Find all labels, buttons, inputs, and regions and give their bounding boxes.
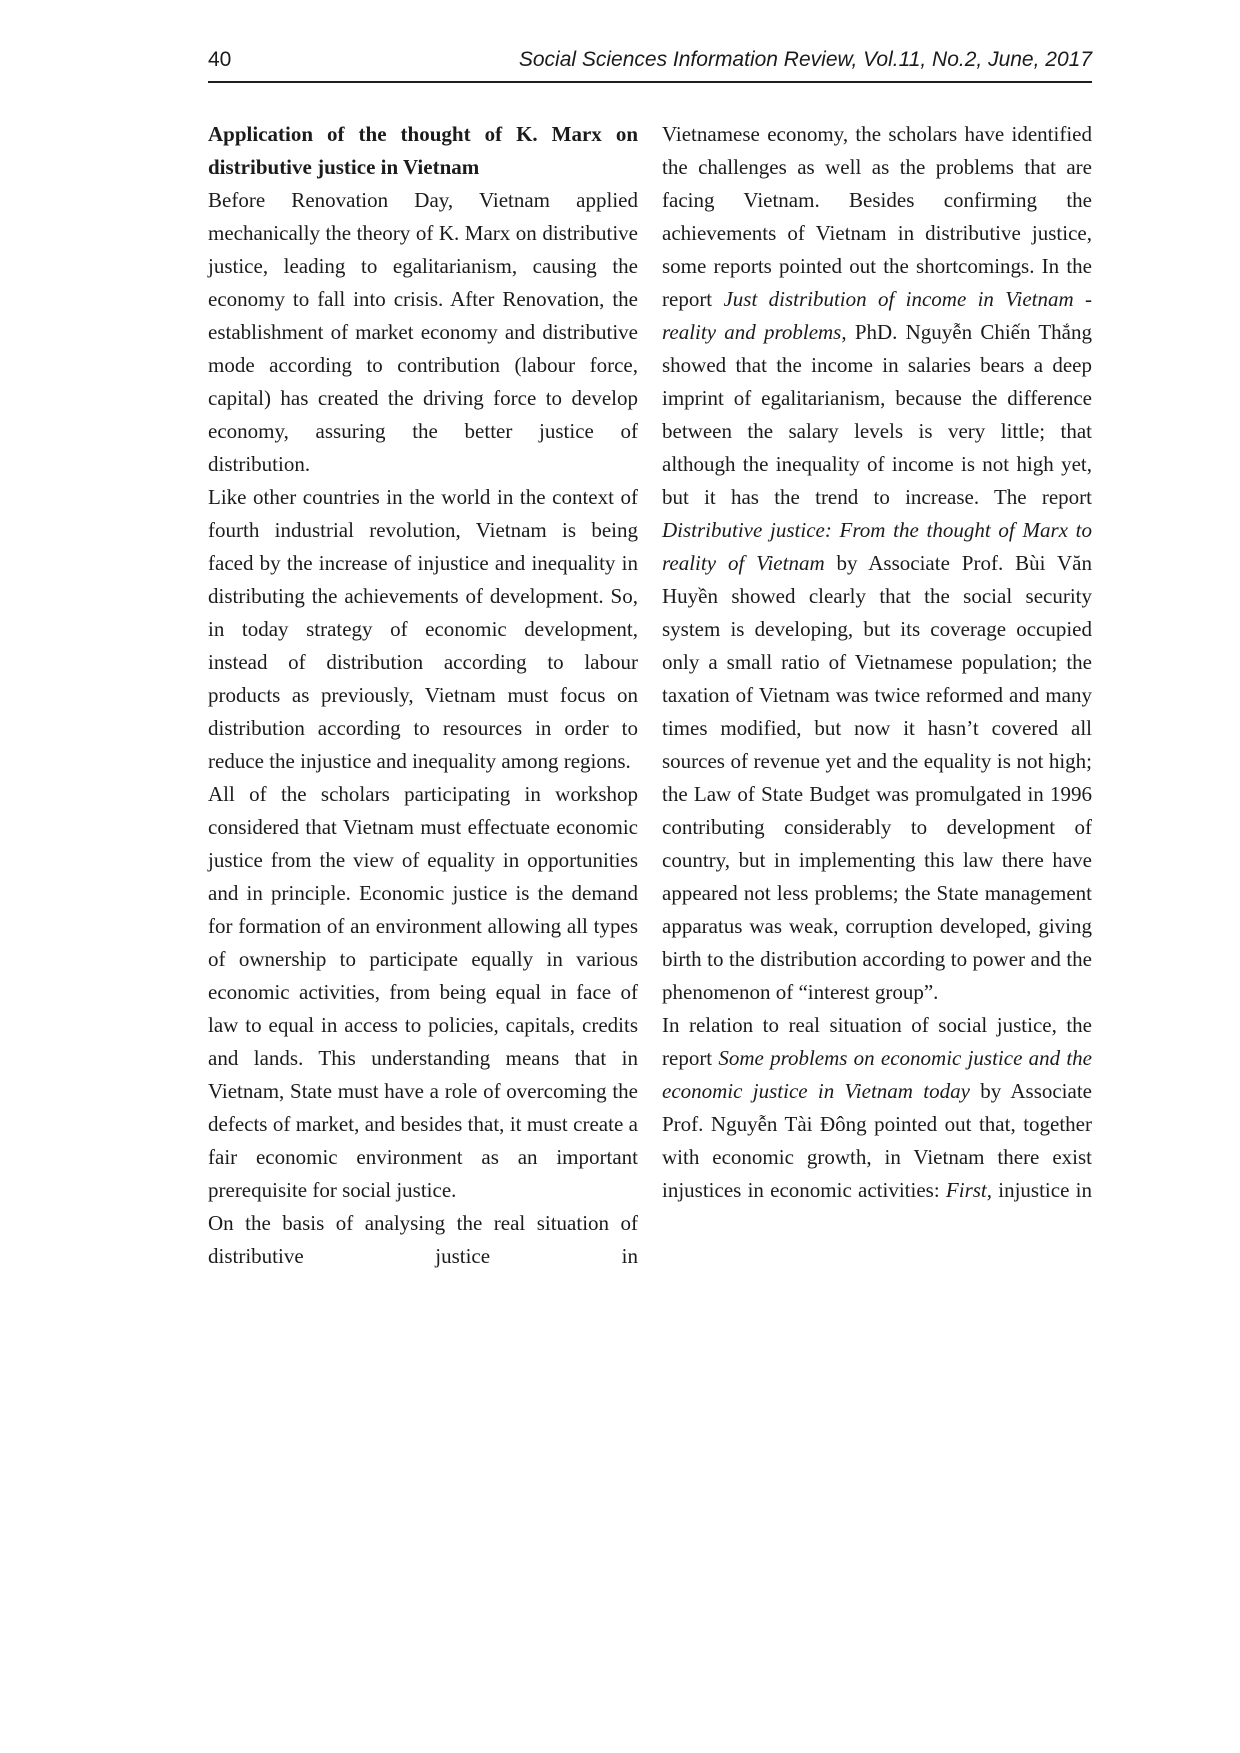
article-paragraph: In relation to real situation of social … <box>662 1009 1092 1207</box>
journal-page: 40 Social Sciences Information Review, V… <box>0 0 1240 1753</box>
text-run: by Associate Prof. Bùi Văn Huyền showed … <box>662 551 1092 1004</box>
text-run: All of the scholars participating in wor… <box>208 782 638 1202</box>
article-paragraph: Vietnamese economy, the scholars have id… <box>662 118 1092 1009</box>
article-paragraph: On the basis of analysing the real situa… <box>208 1207 638 1273</box>
text-run: , PhD. Nguyễn Chiến Thắng showed that th… <box>662 320 1092 509</box>
article-paragraph: Before Renovation Day, Vietnam applied m… <box>208 184 638 481</box>
text-run: On the basis of analysing the real situa… <box>208 1211 638 1268</box>
article-heading: Application of the thought of K. Marx on… <box>208 118 638 184</box>
page-header: 40 Social Sciences Information Review, V… <box>208 48 1092 83</box>
text-run: Application of the thought of K. Marx on… <box>208 122 638 179</box>
article-column-right: Vietnamese economy, the scholars have id… <box>662 118 1092 1273</box>
article-paragraph: All of the scholars participating in wor… <box>208 778 638 1207</box>
italic-text-run: First, <box>946 1178 992 1202</box>
text-run: Vietnamese economy, the scholars have id… <box>662 122 1092 311</box>
article-column-left: Application of the thought of K. Marx on… <box>208 118 638 1273</box>
journal-title: Social Sciences Information Review, Vol.… <box>519 48 1092 72</box>
page-number: 40 <box>208 48 231 72</box>
article-paragraph: Like other countries in the world in the… <box>208 481 638 778</box>
article-body: Application of the thought of K. Marx on… <box>208 118 1092 1273</box>
text-run: Like other countries in the world in the… <box>208 485 638 773</box>
text-run: injustice in <box>992 1178 1092 1202</box>
text-run: Before Renovation Day, Vietnam applied m… <box>208 188 638 476</box>
